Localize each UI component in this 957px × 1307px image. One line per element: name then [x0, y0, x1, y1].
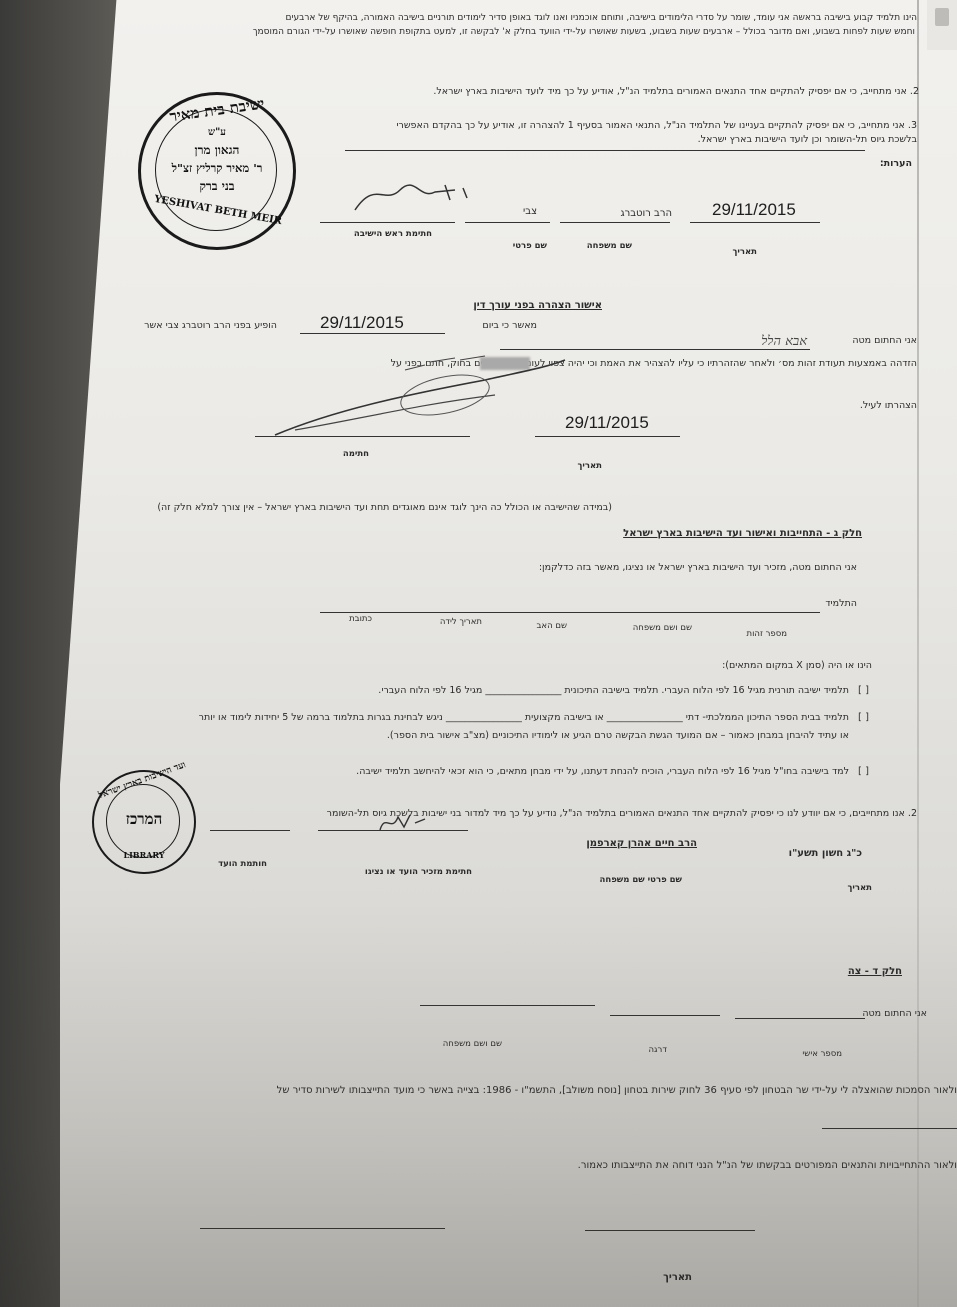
signature-line	[320, 222, 455, 223]
part-d-line1-label: אני החתום מטה	[862, 1008, 927, 1020]
part-c-date-label: תאריך	[847, 882, 872, 894]
part-d-name-label: שם ושם משפחה	[443, 1038, 502, 1050]
committee-stamp: ועד הישיבות בארץ ישראל המרכז LIBRARY	[92, 770, 196, 874]
option-2-continued: או עתיד להיבחן במבחן כאמור – אם המועד הג…	[387, 730, 849, 742]
first-name-label: שם פרטי	[513, 240, 547, 252]
head-signature	[345, 170, 475, 220]
part-c-stamp-label: חותמת הועד	[218, 858, 267, 870]
first-name-line	[465, 222, 550, 223]
is-was-label: הינו או היה (סמן X במקום המתאים):	[722, 660, 872, 672]
part-d-id-line	[735, 1018, 865, 1019]
item-3-line2: בלשכת גיוס תל-השומר וכן לועד הישיבות באר…	[698, 134, 917, 146]
lawyer-line1-suffix: הופיע בפני הרב רוטברג צבי אשר	[144, 320, 277, 332]
student-line	[320, 612, 820, 613]
part-d-name-line	[420, 1005, 595, 1006]
col-birthdate: תאריך לידה	[440, 616, 482, 628]
phone-icon	[935, 8, 949, 26]
head-signature-label: חתימת ראש הישיבה	[354, 228, 432, 240]
first-name-value: צבי	[523, 206, 537, 218]
lawyer-date-label: תאריך	[577, 460, 602, 472]
part-d-title: חלק ד - צה	[848, 966, 902, 978]
remarks-label: הערות:	[880, 158, 912, 170]
lawyer-date-value-2: 29/11/2015	[565, 413, 649, 433]
part-c-name-label: שם פרטי שם משפחה	[600, 874, 682, 886]
part-c-name-value: הרב חיים אהרן קארפמן	[586, 838, 697, 850]
part-d-line3: ולאור ההתחייבויות והתנאים המפורטים בבקשת…	[578, 1160, 957, 1172]
checkbox-option-3[interactable]: [ ]	[858, 766, 869, 777]
yeshiva-stamp: ישיבת בית מאיר ע"ש הגאון מרן ר' מאיר קרל…	[138, 92, 296, 250]
lawyer-handwritten-name: אבא הלל	[761, 336, 807, 348]
last-name-value: הרב רוטברג	[620, 208, 672, 220]
part-d-date-line	[585, 1230, 755, 1231]
col-name: שם ושם משפחה	[633, 622, 692, 634]
part-d-id-label: מספר אישי	[802, 1048, 842, 1060]
part-d-line2: ולאור הסמכות שהואצלה לי על-ידי שר הבטחון…	[277, 1085, 957, 1097]
date-line	[690, 222, 820, 223]
corner-area	[927, 0, 957, 50]
col-father: שם האב	[536, 620, 567, 632]
lawyer-line1-prefix: אני החתום מטה	[852, 335, 917, 347]
part-c-header: חלק ג - התחייבות ואישור ועד הישיבות בארץ…	[623, 528, 862, 540]
student-label: התלמיד	[825, 598, 857, 610]
part-c-signature-label: חתימת מזכיר הועד או נציגו	[365, 866, 472, 878]
part-c-date-value: כ"ג חשון תשע"ו	[789, 848, 862, 860]
part-d-rank-line	[610, 1015, 720, 1016]
part-c-signature	[370, 805, 440, 840]
para1-line1: הינו תלמיד קבוע בישיבה בראשה אני עומד, ש…	[286, 12, 917, 24]
option-2: תלמיד בבית הספר התיכון הממלכתי- דתי ____…	[199, 712, 849, 724]
part-d-line2-underline	[822, 1128, 957, 1129]
head-date-value: 29/11/2015	[712, 200, 796, 220]
lawyer-date-line	[300, 333, 445, 334]
lawyer-section-title: אישור הצהרה בפני עורך דין	[473, 300, 602, 312]
checkbox-option-2[interactable]: [ ]	[858, 712, 869, 723]
para1-line2: וחמש שעות לפחות בשבוע, ואם מדובר בכולל –…	[253, 26, 915, 38]
lawyer-line1-middle: מאשר כי ביום	[482, 320, 537, 332]
lawyer-line3: הצהרתו לעיל.	[860, 400, 917, 412]
checkbox-option-1[interactable]: [ ]	[858, 685, 869, 696]
lawyer-signature	[255, 340, 575, 450]
lawyer-date-value: 29/11/2015	[320, 313, 404, 333]
option-1: תלמיד ישיבה תורנית מגיל 16 לפי הלוח העבר…	[378, 685, 849, 697]
part-d-date-label: תאריך	[663, 1272, 692, 1284]
part-c-intro: אני החתום מטה, מזכיר ועד הישיבות בארץ יש…	[539, 562, 857, 574]
remarks-line	[345, 150, 865, 151]
last-name-label: שם משפחה	[587, 240, 632, 252]
paper-fold	[917, 0, 919, 1307]
item-2: 2. אני מתחייב, כי אם יפסיק להתקיים אחד ה…	[433, 86, 919, 98]
last-name-line	[560, 222, 670, 223]
part-d-rank-label: דרגה	[649, 1044, 668, 1056]
part-d-signature-line	[200, 1228, 445, 1229]
col-id: מספר זהות	[747, 628, 788, 640]
col-address: כתובת	[349, 613, 372, 625]
part-c-stamp-line	[210, 830, 290, 831]
option-3: למד בישיבה בחו"ל מגיל 16 לפי הלוח העברי,…	[356, 766, 849, 778]
item-3-line1: 3. אני מתחייב, כי אם יפסיק להתקיים בעניי…	[396, 120, 917, 132]
date-label: תאריך	[732, 246, 757, 258]
part-c-header-note: (במידה שהישיבה או הכולל כה הינך לוגד אינ…	[157, 502, 612, 514]
